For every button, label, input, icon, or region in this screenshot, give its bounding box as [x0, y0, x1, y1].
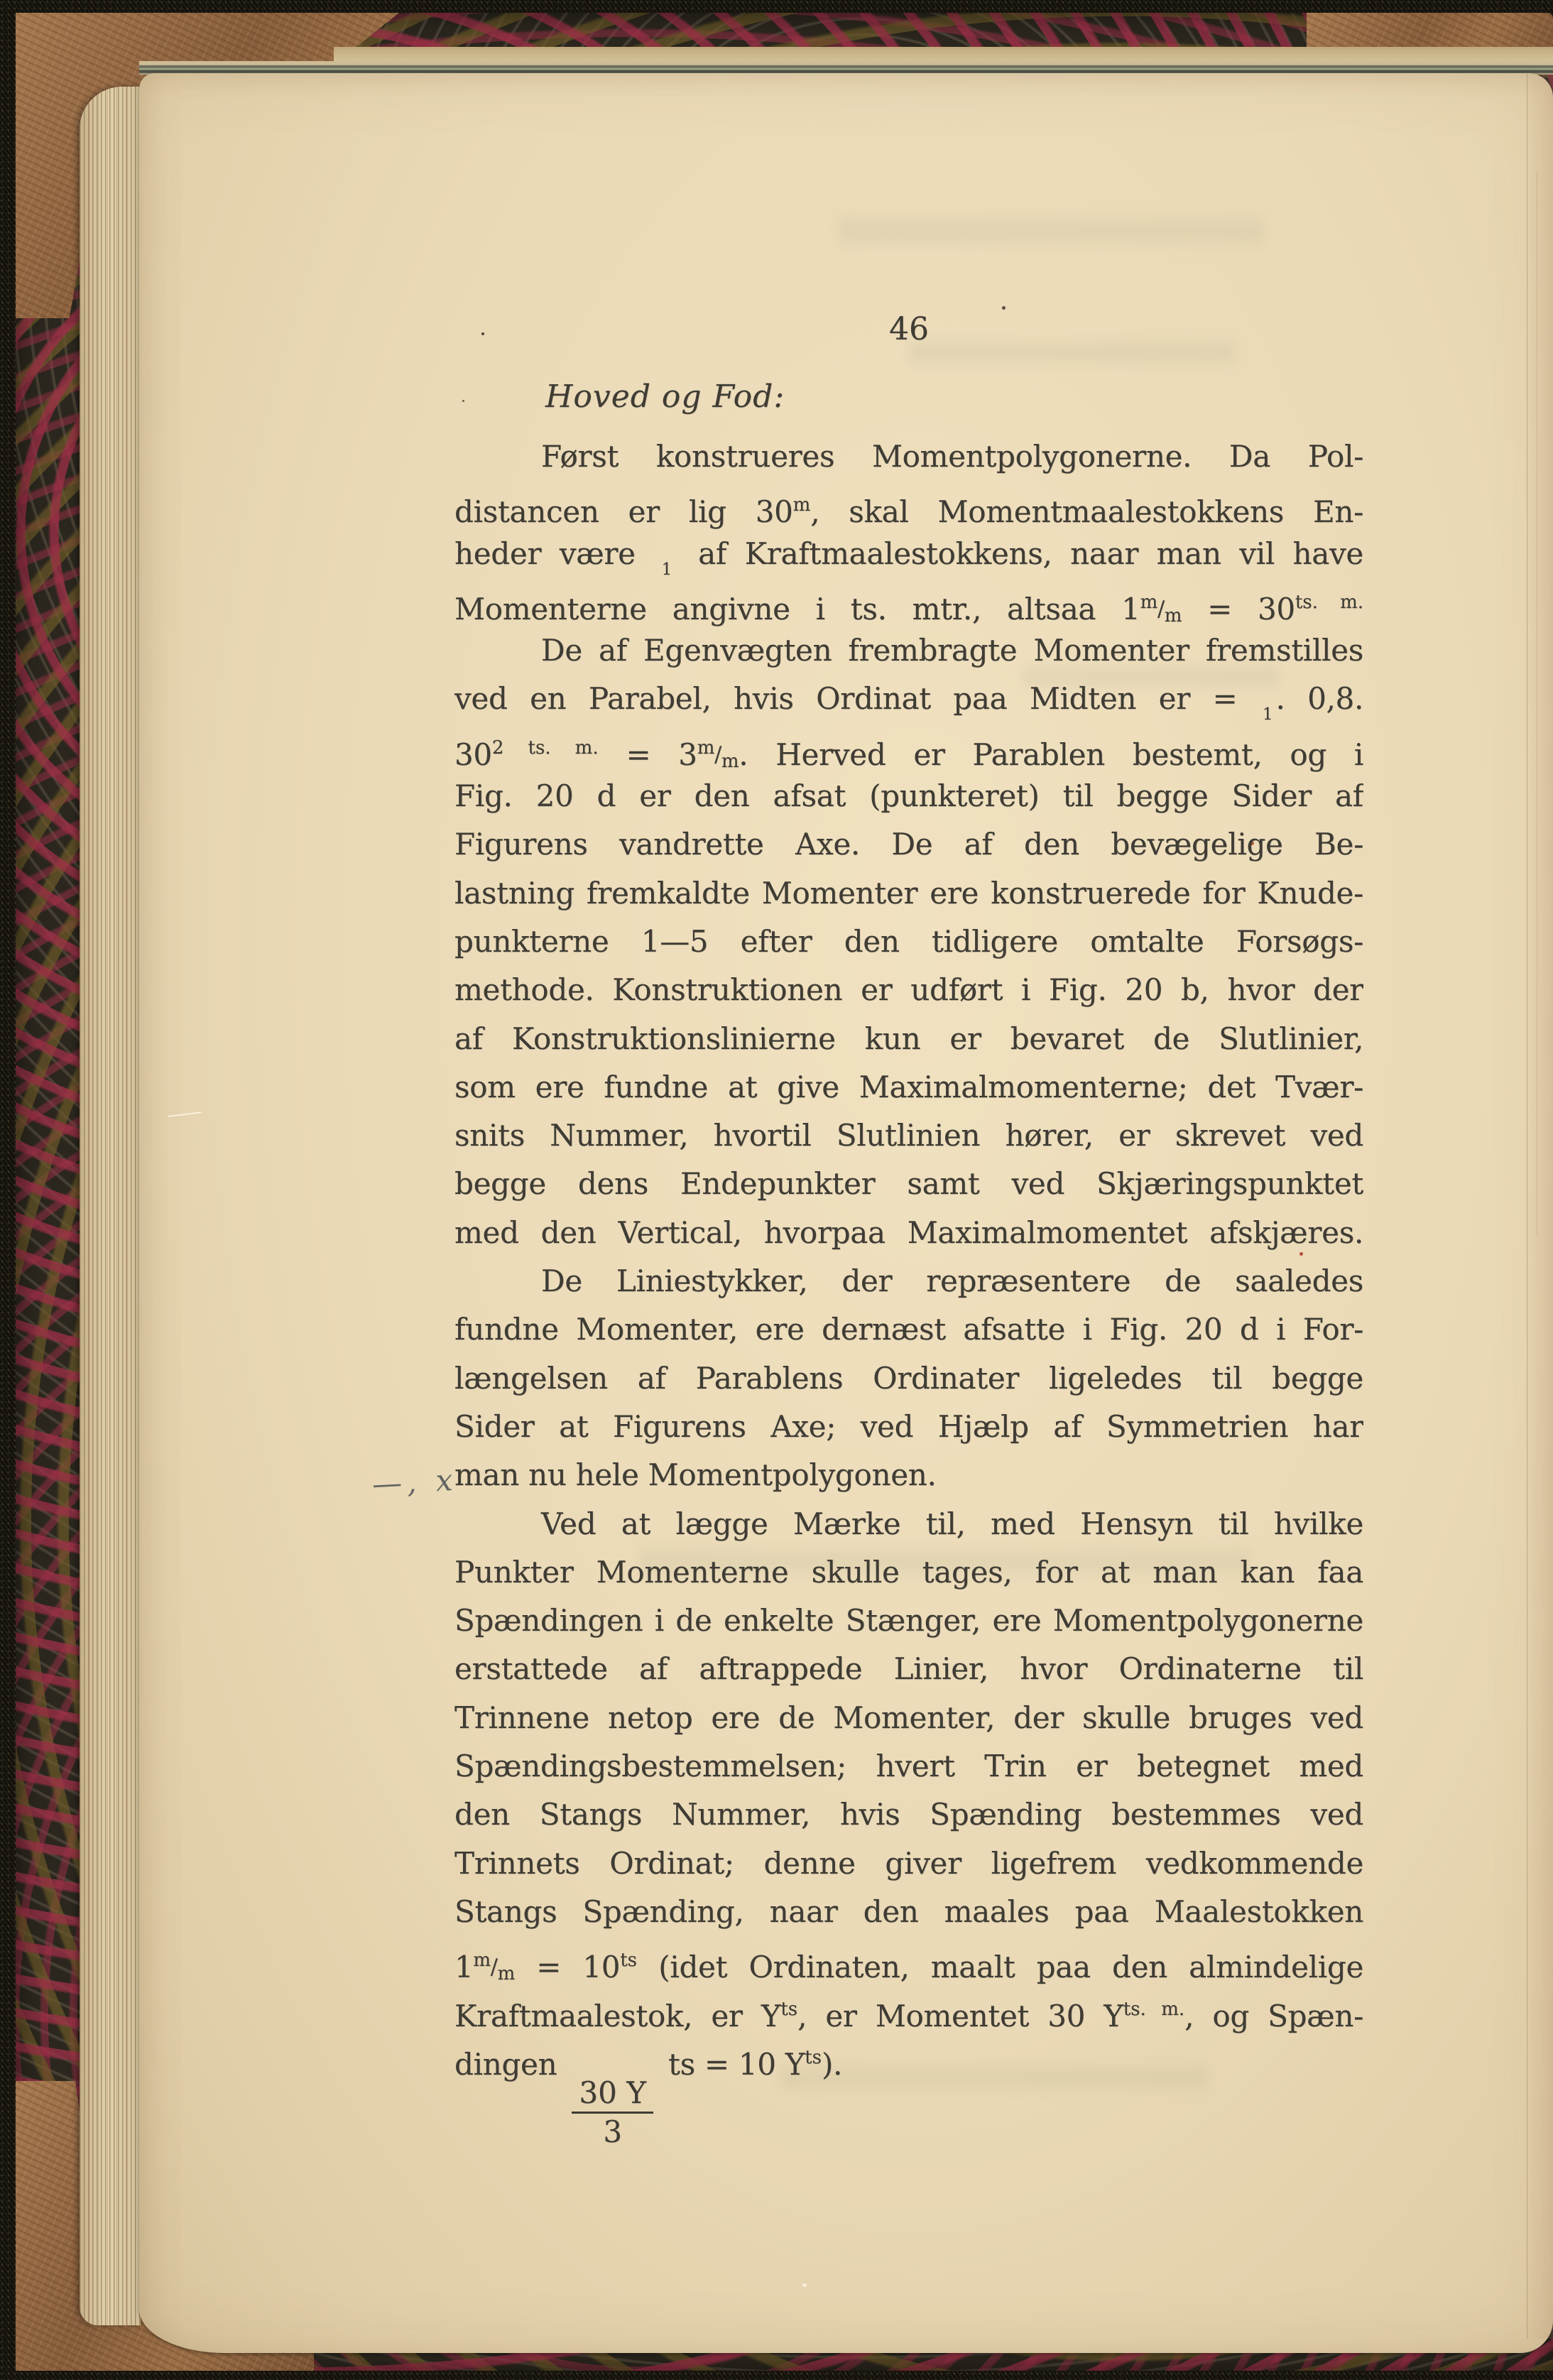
- text-line: lastning fremkaldte Momenter ere konstru…: [454, 869, 1363, 918]
- book-scan-photo: 46 Hoved og Fod: Først konstrueres Momen…: [0, 0, 1553, 2380]
- text-line: Først konstrueres Momentpolygonerne. Da …: [454, 433, 1363, 481]
- text-line: Kraftmaalestok, er Yts, er Momentet 30 Y…: [454, 1985, 1363, 2033]
- text-line: Ved at lægge Mærke til, med Hensyn til h…: [454, 1500, 1363, 1548]
- page-fore-edge-right: [1527, 73, 1553, 2339]
- text-line: Punkter Momenterne skulle tages, for at …: [454, 1548, 1363, 1597]
- page-fore-edge-line: [1537, 170, 1537, 1236]
- page-number: 46: [454, 311, 1363, 347]
- text-line: med den Vertical, hvorpaa Maximalmomente…: [454, 1209, 1363, 1257]
- text-line: Fig. 20 d er den afsat (punkteret) til b…: [454, 772, 1363, 820]
- text-line: erstattede af aftrappede Linier, hvor Or…: [454, 1645, 1363, 1693]
- text-line: Momenterne angivne i ts. mtr., altsaa 1m…: [454, 578, 1363, 626]
- text-line: begge dens Endepunkter samt ved Skjæring…: [454, 1160, 1363, 1208]
- paper-speck: [1002, 306, 1006, 310]
- text-line: heder være 130 af Kraftmaalestokkens, na…: [454, 530, 1363, 578]
- text-line: dingen 30 Y3 ts = 10 Yts).: [454, 2033, 1363, 2082]
- text-line: Sider at Figurens Axe; ved Hjælp af Symm…: [454, 1403, 1363, 1451]
- text-line: De af Egenvægten frembragte Momenter fre…: [454, 626, 1363, 675]
- text-line: Stangs Spænding, naar den maales paa Maa…: [454, 1888, 1363, 1936]
- text-line: punkterne 1—5 efter den tidligere omtalt…: [454, 918, 1363, 966]
- text-line: ved en Parabel, hvis Ordinat paa Midten …: [454, 675, 1363, 723]
- text-line: Trinnets Ordinat; denne giver ligefrem v…: [454, 1840, 1363, 1888]
- text-line: Figurens vandrette Axe. De af den bevæge…: [454, 820, 1363, 869]
- paper-speck: [802, 2283, 807, 2287]
- paper-speck: [462, 400, 464, 402]
- body-text: Først konstrueres Momentpolygonerne. Da …: [454, 433, 1363, 2082]
- page-edge-top-beige: [334, 47, 1553, 63]
- text-line: som ere fundne at give Maximalmomenterne…: [454, 1063, 1363, 1112]
- section-heading: Hoved og Fod:: [545, 379, 785, 415]
- text-line: den Stangs Nummer, hvis Spænding bestemm…: [454, 1791, 1363, 1839]
- text-line: snits Nummer, hvortil Slutlinien hører, …: [454, 1112, 1363, 1160]
- pencil-margin-mark: —, x: [371, 1462, 459, 1501]
- text-line: Spændingen i de enkelte Stænger, ere Mom…: [454, 1597, 1363, 1645]
- showthrough-smudge: [838, 210, 1264, 252]
- page-edge-stack-left: [80, 87, 141, 2325]
- text-line: distancen er lig 30m, skal Momentmaalest…: [454, 481, 1363, 529]
- text-line: længelsen af Parablens Ordinater ligeled…: [454, 1354, 1363, 1403]
- text-line: fundne Momenter, ere dernæst afsatte i F…: [454, 1305, 1363, 1354]
- text-line: De Liniestykker, der repræsentere de saa…: [454, 1257, 1363, 1305]
- text-line: 302 ts. m. = 3m/m. Herved er Parablen be…: [454, 724, 1363, 772]
- text-line: af Konstruktionslinierne kun er bevaret …: [454, 1015, 1363, 1063]
- text-line: man nu hele Momentpolygonen.: [454, 1451, 1363, 1499]
- text-line: Trinnene netop ere de Momenter, der skul…: [454, 1694, 1363, 1742]
- text-line: 1m/m = 10ts (idet Ordinaten, maalt paa d…: [454, 1936, 1363, 1984]
- text-line: Spændingsbestemmelsen; hvert Trin er bet…: [454, 1742, 1363, 1791]
- text-line: methode. Konstruktionen er udført i Fig.…: [454, 966, 1363, 1014]
